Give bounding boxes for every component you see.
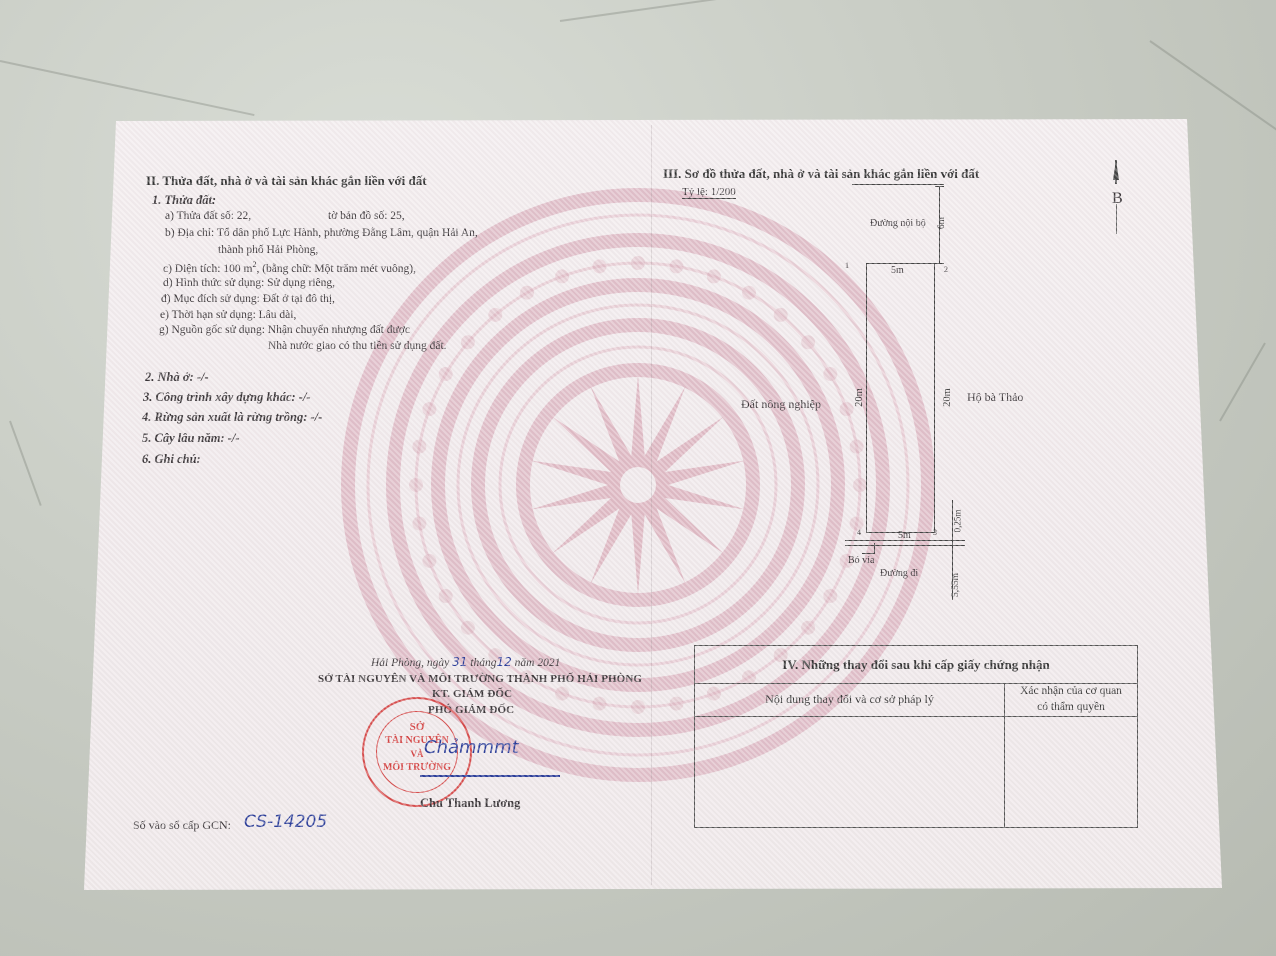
north-arrow-icon xyxy=(1114,160,1118,220)
registry-label: Số vào sổ cấp GCN: xyxy=(133,818,231,833)
curb-label: Bó vỉa xyxy=(848,555,874,566)
column-header-confirmation: Xác nhận của cơ quancó thẩm quyền xyxy=(1005,683,1137,717)
corner-2: 2 xyxy=(944,265,948,274)
stamp-line: TÀI NGUYÊN xyxy=(364,735,470,746)
changes-content-cell xyxy=(695,717,1005,827)
date-day: 31 xyxy=(452,655,467,669)
dimension-tick xyxy=(935,263,944,264)
item1-title: 1. Thửa đất: xyxy=(152,193,216,208)
column-header-changes: Nội dung thay đổi và cơ sở pháp lý xyxy=(695,683,1005,717)
item-plantation-forest: 4. Rừng sản xuất là rừng trồng: -/- xyxy=(142,410,322,425)
scale: Tỷ lệ: 1/200 xyxy=(682,186,736,199)
road-edge-line xyxy=(845,545,965,546)
changes-table-title: IV. Những thay đổi sau khi cấp giấy chứn… xyxy=(695,646,1137,684)
handwritten-signature: Chảmmmt xyxy=(424,737,519,758)
stamp-line: SỞ xyxy=(364,721,470,733)
area-in-words: , (bằng chữ: Một trăm mét vuông), xyxy=(256,263,416,275)
confirmation-cell xyxy=(1005,717,1137,827)
marble-vein xyxy=(560,0,857,22)
bronze-drum-watermark xyxy=(328,175,948,795)
section2-title: II. Thửa đất, nhà ở và tài sản khác gắn … xyxy=(146,173,427,189)
dimension-tick xyxy=(935,186,944,187)
section3-title: III. Sơ đồ thửa đất, nhà ở và tài sản kh… xyxy=(663,166,979,182)
address: b) Địa chỉ: Tổ dân phố Lực Hành, phường … xyxy=(165,227,478,239)
parcel-outline xyxy=(866,263,935,533)
stamp-line: VÀ xyxy=(364,749,470,759)
signer-name: Chu Thanh Lương xyxy=(420,796,520,811)
map-sheet-number: tờ bản đồ số: 25, xyxy=(328,210,405,222)
fold-line xyxy=(651,125,652,885)
place-date-prefix: Hải Phòng, ngày xyxy=(371,657,449,669)
column-header-line: Xác nhận của cơ quan xyxy=(1020,684,1122,700)
usage-term: e) Thời hạn sử dụng: Lâu dài, xyxy=(160,309,296,321)
stamp-line: MÔI TRƯỜNG xyxy=(364,762,470,773)
underline xyxy=(852,184,944,185)
address-cont: thành phố Hải Phòng, xyxy=(218,244,318,256)
road-dimension-line xyxy=(939,186,940,264)
item-notes: 6. Ghi chú: xyxy=(142,452,201,467)
north-label: B xyxy=(1112,190,1123,208)
top-edge-length: 5m xyxy=(891,265,904,276)
corner-3: 3 xyxy=(933,528,937,537)
date-month: 12 xyxy=(497,655,512,669)
place-date: Hải Phòng, ngày 31 tháng12 năm 2021 xyxy=(371,655,560,669)
internal-road-label: Đường nội bộ xyxy=(870,218,926,229)
column-header-line: có thẩm quyền xyxy=(1020,700,1122,716)
curb-pointer xyxy=(874,543,875,553)
date-year: năm 2021 xyxy=(515,657,561,669)
official-red-stamp: SỞ TÀI NGUYÊN VÀ MÔI TRƯỜNG xyxy=(362,697,472,807)
curb-line xyxy=(845,540,965,541)
on-behalf-of: KT. GIÁM ĐỐC xyxy=(432,688,512,700)
right-neighbor: Hộ bà Thảo xyxy=(967,390,1023,405)
road-dimension-line xyxy=(952,500,953,600)
usage-origin-cont: Nhà nước giao có thu tiền sử dụng đất. xyxy=(268,340,447,352)
land-certificate-page: II. Thửa đất, nhà ở và tài sản khác gắn … xyxy=(0,0,1276,956)
issuing-agency: SỞ TÀI NGUYÊN VÀ MÔI TRƯỜNG THÀNH PHỐ HẢ… xyxy=(318,673,642,685)
item-other-construction: 3. Công trình xây dựng khác: -/- xyxy=(143,390,311,405)
marble-vein xyxy=(1219,343,1266,422)
right-edge-length: 20m xyxy=(942,388,953,407)
bottom-edge-length: 5m xyxy=(898,530,911,541)
left-neighbor: Đất nông nghiệp xyxy=(741,397,821,412)
signature-underline xyxy=(420,775,560,777)
curb-offset: 0,25m xyxy=(952,510,962,533)
usage-origin: g) Nguồn gốc sử dụng: Nhận chuyển nhượng… xyxy=(159,324,410,336)
usage-form: d) Hình thức sử dụng: Sử dụng riêng, xyxy=(163,277,335,289)
marble-vein xyxy=(9,421,42,506)
item-perennial-trees: 5. Cây lâu năm: -/- xyxy=(142,431,240,446)
month-label: tháng xyxy=(470,657,496,669)
stamp-inner-ring xyxy=(376,711,458,793)
area: c) Diện tích: 100 m2, (bằng chữ: Một tră… xyxy=(163,260,416,275)
left-edge-length: 20m xyxy=(854,388,865,407)
parcel-number: a) Thửa đất số: 22, xyxy=(165,210,251,222)
corner-1: 1 xyxy=(845,261,849,270)
road-label: Đường đi xyxy=(880,568,918,579)
corner-4: 4 xyxy=(857,528,861,537)
area-value: c) Diện tích: 100 m xyxy=(163,263,252,275)
internal-road-width: 6m xyxy=(937,217,947,229)
area-unit-sup: 2 xyxy=(252,260,256,269)
item-house: 2. Nhà ở: -/- xyxy=(145,370,209,385)
signer-position: PHÓ GIÁM ĐỐC xyxy=(428,704,514,716)
curb-pointer xyxy=(862,553,875,554)
marble-vein xyxy=(0,60,255,116)
registry-number: CS-14205 xyxy=(244,812,327,832)
usage-purpose: đ) Mục đích sử dụng: Đất ở tại đô thị, xyxy=(161,293,335,305)
road-width: 5,55m xyxy=(951,573,961,597)
changes-table: IV. Những thay đổi sau khi cấp giấy chứn… xyxy=(694,645,1138,828)
